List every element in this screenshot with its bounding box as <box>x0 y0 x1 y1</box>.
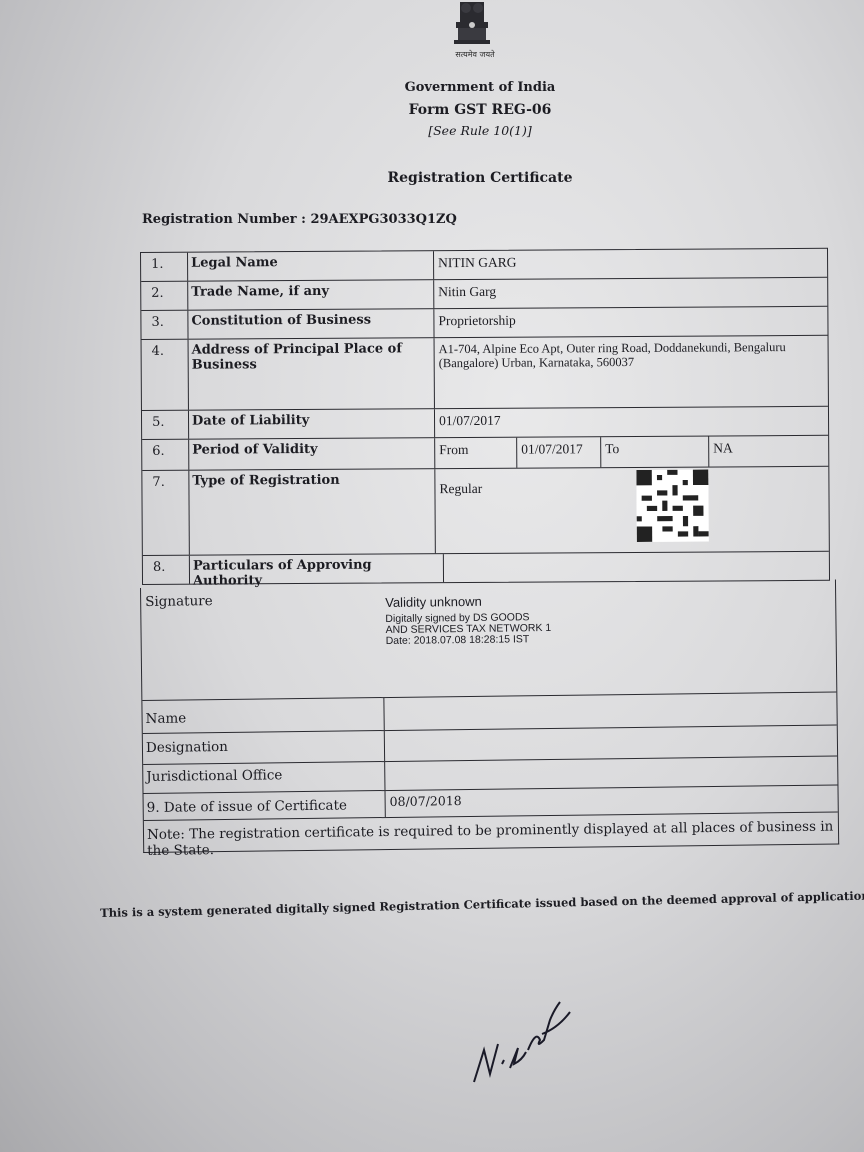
table-row: 4. Address of Principal Place of Busines… <box>142 336 828 411</box>
row-label: Trade Name, if any <box>188 280 434 310</box>
registration-number: Registration Number : 29AEXPG3033Q1ZQ <box>142 212 457 227</box>
trade-name-value: Nitin Garg <box>434 278 827 308</box>
row-number: 6. <box>142 440 189 470</box>
validity-to-label: To <box>601 437 709 468</box>
authority-name-label: Name <box>142 698 384 733</box>
row-number: 3. <box>141 311 188 339</box>
constitution-value: Proprietorship <box>434 307 827 337</box>
registration-label: Registration Number : <box>142 212 306 227</box>
approving-authority-value <box>444 552 829 582</box>
row-number: 1. <box>141 253 188 281</box>
authority-name-value <box>384 693 836 731</box>
designation-value <box>385 725 837 761</box>
row-label: Date of Liability <box>189 409 435 439</box>
table-row: 2. Trade Name, if any Nitin Garg <box>141 278 827 311</box>
row-label: Particulars of Approving Authority <box>190 554 444 584</box>
header-government: Government of India <box>330 80 630 95</box>
system-generated-footer: This is a system generated digitally sig… <box>100 886 864 920</box>
jurisdictional-office-label: Jurisdictional Office <box>143 762 385 793</box>
digital-signature: Validity unknown Digitally signed by DS … <box>385 593 551 647</box>
signed-date: Date: 2018.07.08 18:28:15 IST <box>386 634 552 647</box>
legal-name-value: NITIN GARG <box>434 249 827 279</box>
table-row: 1. Legal Name NITIN GARG <box>141 249 827 282</box>
signature-table: Signature Validity unknown Digitally sig… <box>140 579 839 852</box>
validity-from-value: 01/07/2017 <box>517 437 601 468</box>
address-value: A1-704, Alpine Eco Apt, Outer ring Road,… <box>435 336 828 408</box>
jurisdictional-office-value <box>385 756 837 790</box>
row-number: 8. <box>143 556 190 584</box>
designation-label: Designation <box>143 731 385 764</box>
registration-type-value: Regular <box>435 467 829 553</box>
document-title: Registration Certificate <box>330 170 630 186</box>
row-label: Legal Name <box>188 251 434 281</box>
signature-label: Signature <box>145 593 213 610</box>
signature-validity: Validity unknown <box>385 593 551 610</box>
header-rule: [See Rule 10(1)] <box>330 123 630 138</box>
row-number: 5. <box>142 411 189 439</box>
row-label: Constitution of Business <box>188 309 434 339</box>
table-row: 3. Constitution of Business Proprietorsh… <box>141 307 827 340</box>
table-row: 8. Particulars of Approving Authority <box>143 552 829 584</box>
signature-row: Signature Validity unknown Digitally sig… <box>141 580 836 700</box>
header-form-name: Form GST REG-06 <box>330 102 630 118</box>
national-emblem-icon <box>446 0 498 48</box>
row-label: Period of Validity <box>189 438 435 470</box>
table-row: 5. Date of Liability 01/07/2017 <box>142 407 828 440</box>
row-label: Type of Registration <box>189 469 436 555</box>
table-row: 6. Period of Validity From 01/07/2017 To… <box>142 436 828 471</box>
validity-from-label: From <box>435 438 517 469</box>
emblem-caption: सत्यमेव जयते <box>440 49 510 60</box>
qr-code-icon <box>636 470 708 542</box>
date-of-liability-value: 01/07/2017 <box>435 407 828 437</box>
row-number: 7. <box>142 471 190 555</box>
table-row: 7. Type of Registration Regular <box>142 467 829 556</box>
validity-to-value: NA <box>709 436 828 467</box>
registration-value: 29AEXPG3033Q1ZQ <box>310 212 456 227</box>
row-number: 2. <box>141 282 188 310</box>
row-label: Address of Principal Place of Business <box>189 338 435 410</box>
row-number: 4. <box>142 340 189 410</box>
certificate-note: Note: The registration certificate is re… <box>147 818 838 851</box>
issue-date-label: 9. Date of issue of Certificate <box>144 791 386 820</box>
issue-date-value: 08/07/2018 <box>385 785 837 817</box>
certificate-table: 1. Legal Name NITIN GARG 2. Trade Name, … <box>140 248 830 585</box>
handwritten-signature-icon <box>466 990 586 1090</box>
